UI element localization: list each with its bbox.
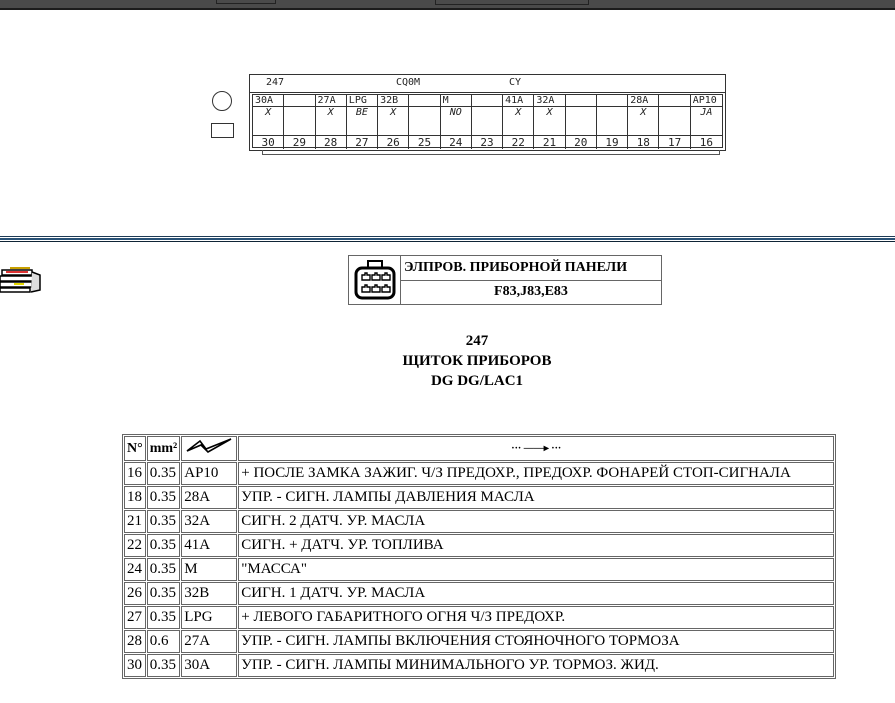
cavity-wire bbox=[597, 95, 628, 107]
cavity-num: 23 bbox=[472, 135, 503, 149]
cavity-color bbox=[659, 107, 690, 135]
cavity-color: X bbox=[378, 107, 409, 135]
harness-models: F83,J83,E83 bbox=[401, 281, 661, 305]
harness-header: ЭЛПРОВ. ПРИБОРНОЙ ПАНЕЛИ F83,J83,E83 bbox=[348, 255, 662, 305]
connector-locator-rect-icon bbox=[211, 123, 234, 138]
cavity-wire: LPG bbox=[347, 95, 378, 107]
connector-outline bbox=[262, 150, 720, 155]
cell-num: 30 bbox=[124, 654, 146, 677]
cavity-num: 17 bbox=[659, 135, 690, 149]
cavity-num: 30 bbox=[253, 135, 284, 149]
cell-wire: M bbox=[181, 558, 237, 581]
table-row: 160.35AP10+ ПОСЛЕ ЗАМКА ЗАЖИГ. Ч/З ПРЕДО… bbox=[124, 462, 834, 485]
cell-desc: "МАССА" bbox=[238, 558, 834, 581]
component-name: ЩИТОК ПРИБОРОВ bbox=[300, 351, 654, 371]
harness-name: ЭЛПРОВ. ПРИБОРНОЙ ПАНЕЛИ bbox=[401, 256, 661, 281]
cell-num: 21 bbox=[124, 510, 146, 533]
cell-wire: 32A bbox=[181, 510, 237, 533]
cell-num: 28 bbox=[124, 630, 146, 653]
cavity-num: 24 bbox=[441, 135, 472, 149]
cell-num: 22 bbox=[124, 534, 146, 557]
cell-desc: УПР. - СИГН. ЛАМПЫ ДАВЛЕНИЯ МАСЛА bbox=[238, 486, 834, 509]
cell-section: 0.35 bbox=[147, 582, 181, 605]
table-row: 300.3530AУПР. - СИГН. ЛАМПЫ МИНИМАЛЬНОГО… bbox=[124, 654, 834, 677]
cavity-num: 26 bbox=[378, 135, 409, 149]
cell-section: 0.35 bbox=[147, 486, 181, 509]
cell-num: 26 bbox=[124, 582, 146, 605]
cell-wire: 27A bbox=[181, 630, 237, 653]
cell-wire: LPG bbox=[181, 606, 237, 629]
cavity-color: X bbox=[534, 107, 565, 135]
cavity-color: X bbox=[253, 107, 284, 135]
cell-num: 18 bbox=[124, 486, 146, 509]
connector-id: 247 bbox=[266, 77, 284, 88]
cavity-color: X bbox=[316, 107, 347, 135]
cavity-num: 16 bbox=[691, 135, 722, 149]
wire-table: N° mm² ··· ——▸ ··· 160.35AP10+ ПОСЛЕ ЗАМ… bbox=[122, 434, 836, 679]
toolbar-field[interactable] bbox=[435, 0, 589, 5]
cell-desc: СИГН. + ДАТЧ. УР. ТОПЛИВА bbox=[238, 534, 834, 557]
cavity-wire bbox=[284, 95, 315, 107]
cavity-color bbox=[472, 107, 503, 135]
table-row: 220.3541AСИГН. + ДАТЧ. УР. ТОПЛИВА bbox=[124, 534, 834, 557]
cavity-color bbox=[566, 107, 597, 135]
cell-num: 24 bbox=[124, 558, 146, 581]
cell-wire: AP10 bbox=[181, 462, 237, 485]
connector-color-code: CY bbox=[509, 77, 521, 88]
cavity-wire: M bbox=[441, 95, 472, 107]
cavity-wire: 32B bbox=[378, 95, 409, 107]
cavity-wire: 32A bbox=[534, 95, 565, 107]
cell-desc: СИГН. 1 ДАТЧ. УР. МАСЛА bbox=[238, 582, 834, 605]
cell-desc: УПР. - СИГН. ЛАМПЫ ВКЛЮЧЕНИЯ СТОЯНОЧНОГО… bbox=[238, 630, 834, 653]
cavity-color: NO bbox=[441, 107, 472, 135]
cell-section: 0.35 bbox=[147, 510, 181, 533]
cavity-color: BE bbox=[347, 107, 378, 135]
cavity-wire bbox=[409, 95, 440, 107]
header-section: mm² bbox=[147, 436, 181, 461]
cell-num: 27 bbox=[124, 606, 146, 629]
wire-icon bbox=[184, 437, 234, 455]
cavity-color bbox=[284, 107, 315, 135]
cavity-wire bbox=[566, 95, 597, 107]
cavity-num: 25 bbox=[409, 135, 440, 149]
cavity-wire: 27A bbox=[316, 95, 347, 107]
cell-section: 0.35 bbox=[147, 606, 181, 629]
header-destination: ··· ——▸ ··· bbox=[238, 436, 834, 461]
cavity-num: 27 bbox=[347, 135, 378, 149]
cell-desc: УПР. - СИГН. ЛАМПЫ МИНИМАЛЬНОГО УР. ТОРМ… bbox=[238, 654, 834, 677]
cavity-num: 21 bbox=[534, 135, 565, 149]
cavity-wire: 30A bbox=[253, 95, 284, 107]
cell-desc: + ЛЕВОГО ГАБАРИТНОГО ОГНЯ Ч/З ПРЕДОХР. bbox=[238, 606, 834, 629]
cell-section: 0.35 bbox=[147, 558, 181, 581]
table-row: 210.3532AСИГН. 2 ДАТЧ. УР. МАСЛА bbox=[124, 510, 834, 533]
cavity-wire: AP10 bbox=[691, 95, 722, 107]
connector-header: 247 CQ0M CY bbox=[250, 75, 725, 93]
connector-locator-circle-icon bbox=[212, 91, 232, 111]
cell-wire: 41A bbox=[181, 534, 237, 557]
books-icon[interactable] bbox=[0, 264, 44, 294]
section-divider bbox=[0, 236, 895, 242]
cavity-color bbox=[597, 107, 628, 135]
toolbar-button[interactable] bbox=[216, 0, 276, 4]
cavity-color: X bbox=[628, 107, 659, 135]
cavity-num: 19 bbox=[597, 135, 628, 149]
cavity-num: 29 bbox=[284, 135, 315, 149]
table-row: 240.35M"МАССА" bbox=[124, 558, 834, 581]
cavity-num: 20 bbox=[566, 135, 597, 149]
connector-pinout-diagram: 247 CQ0M CY 30A27ALPG32BM41A32A28AAP10XX… bbox=[249, 74, 726, 151]
table-row: 270.35LPG+ ЛЕВОГО ГАБАРИТНОГО ОГНЯ Ч/З П… bbox=[124, 606, 834, 629]
cell-section: 0.35 bbox=[147, 654, 181, 677]
cavity-wire: 28A bbox=[628, 95, 659, 107]
connector-icon bbox=[349, 256, 401, 304]
cell-wire: 28A bbox=[181, 486, 237, 509]
window-toolbar bbox=[0, 0, 895, 10]
cell-num: 16 bbox=[124, 462, 146, 485]
cavity-color: JA bbox=[691, 107, 722, 135]
cavity-num: 22 bbox=[503, 135, 534, 149]
table-row: 260.3532BСИГН. 1 ДАТЧ. УР. МАСЛА bbox=[124, 582, 834, 605]
cell-section: 0.35 bbox=[147, 462, 181, 485]
component-variant: DG DG/LAC1 bbox=[300, 371, 654, 391]
cell-section: 0.6 bbox=[147, 630, 181, 653]
connector-code: CQ0M bbox=[396, 77, 420, 88]
header-num: N° bbox=[124, 436, 146, 461]
cell-desc: + ПОСЛЕ ЗАМКА ЗАЖИГ. Ч/З ПРЕДОХР., ПРЕДО… bbox=[238, 462, 834, 485]
cavity-num: 18 bbox=[628, 135, 659, 149]
cavity-num: 28 bbox=[316, 135, 347, 149]
cavity-wire bbox=[659, 95, 690, 107]
header-wire bbox=[181, 436, 237, 461]
table-row: 280.627AУПР. - СИГН. ЛАМПЫ ВКЛЮЧЕНИЯ СТО… bbox=[124, 630, 834, 653]
cavity-wire: 41A bbox=[503, 95, 534, 107]
connector-cavity-grid: 30A27ALPG32BM41A32A28AAP10XXBEXNOXXXJA30… bbox=[252, 94, 723, 148]
wire-table-header: N° mm² ··· ——▸ ··· bbox=[124, 436, 834, 461]
component-title-block: 247 ЩИТОК ПРИБОРОВ DG DG/LAC1 bbox=[300, 331, 654, 391]
table-row: 180.3528AУПР. - СИГН. ЛАМПЫ ДАВЛЕНИЯ МАС… bbox=[124, 486, 834, 509]
cavity-wire bbox=[472, 95, 503, 107]
cavity-color bbox=[409, 107, 440, 135]
cell-wire: 32B bbox=[181, 582, 237, 605]
cell-desc: СИГН. 2 ДАТЧ. УР. МАСЛА bbox=[238, 510, 834, 533]
component-number: 247 bbox=[300, 331, 654, 351]
cavity-color: X bbox=[503, 107, 534, 135]
cell-wire: 30A bbox=[181, 654, 237, 677]
cell-section: 0.35 bbox=[147, 534, 181, 557]
